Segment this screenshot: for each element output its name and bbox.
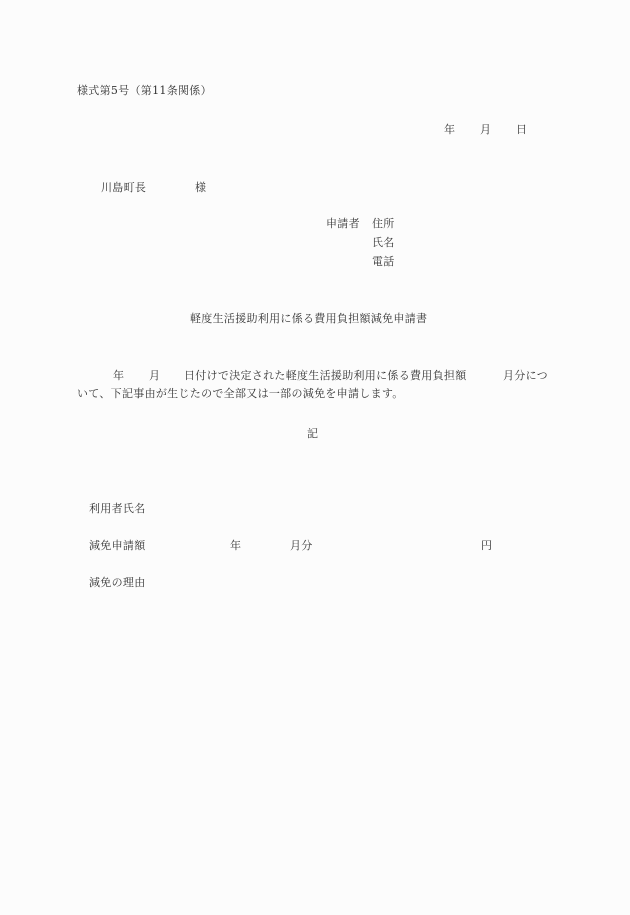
- amount-month-label: 月分: [290, 540, 313, 551]
- body-line1-text: 日付けで決定された軽度生活援助利用に係る費用負担額: [184, 370, 467, 381]
- document-page: 様式第5号（第11条関係） 年 月 日 川島町長 様 申請者 住所 氏名 電話 …: [0, 0, 630, 915]
- addressee-honorific: 様: [195, 182, 206, 193]
- amount-yen-label: 円: [481, 540, 492, 551]
- reason-label: 減免の理由: [89, 577, 146, 588]
- date-month-label: 月: [480, 124, 491, 135]
- form-number: 様式第5号（第11条関係）: [77, 85, 212, 96]
- amount-year-label: 年: [230, 540, 241, 551]
- user-name-label: 利用者氏名: [89, 503, 146, 514]
- ki-heading: 記: [307, 428, 318, 439]
- applicant-label: 申請者: [326, 218, 360, 229]
- date-year-label: 年: [444, 124, 455, 135]
- document-title: 軽度生活援助利用に係る費用負担額減免申請書: [190, 313, 427, 324]
- body-year-label: 年: [113, 370, 124, 381]
- body-month-label: 月: [149, 370, 160, 381]
- body-month2-label: 月分につ: [503, 370, 548, 381]
- addressee-name: 川島町長: [101, 182, 146, 193]
- applicant-address-label: 住所: [372, 218, 395, 229]
- applicant-name-label: 氏名: [372, 237, 395, 248]
- applicant-phone-label: 電話: [372, 256, 395, 267]
- date-day-label: 日: [516, 124, 527, 135]
- amount-label: 減免申請額: [89, 540, 146, 551]
- body-line2-text: いて、下記事由が生じたので全部又は一部の減免を申請します。: [77, 388, 404, 399]
